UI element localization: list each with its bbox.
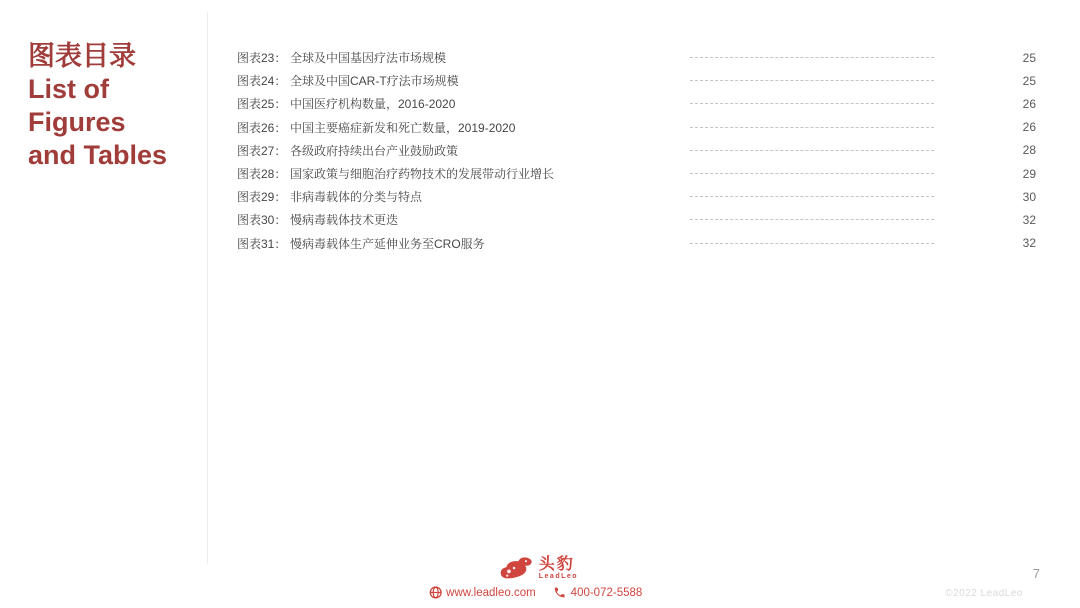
figure-title: 全球及中国基因疗法市场规模 <box>290 49 688 66</box>
figure-page-number: 25 <box>938 74 1037 88</box>
figure-page-number: 25 <box>938 51 1037 65</box>
copyright-text: ©2022 LeadLeo <box>945 588 1023 599</box>
dotted-leader <box>690 150 934 151</box>
page-title-en-3: and Tables <box>28 139 198 172</box>
figure-label: 图表29： <box>237 188 290 205</box>
figure-label: 图表27： <box>237 142 290 159</box>
figure-label: 图表26： <box>237 119 290 136</box>
figure-title: 国家政策与细胞治疗药物技术的发展带动行业增长 <box>290 165 688 182</box>
figure-page-number: 26 <box>938 97 1037 111</box>
dotted-leader <box>690 243 934 244</box>
toc-row[interactable]: 图表24： 全球及中国CAR-T疗法市场规模 25 <box>237 69 1037 92</box>
dotted-leader <box>690 57 934 58</box>
figure-label: 图表23： <box>237 49 290 66</box>
website-link[interactable]: www.leadleo.com <box>429 586 535 599</box>
figure-page-number: 29 <box>938 167 1037 181</box>
figure-label: 图表28： <box>237 165 290 182</box>
page-number: 7 <box>1033 566 1040 581</box>
column-divider <box>207 12 208 564</box>
figure-title: 慢病毒载体生产延伸业务至CRO服务 <box>290 235 688 252</box>
brand-name-zh: 头豹 <box>539 556 575 573</box>
globe-icon <box>429 586 442 599</box>
figure-title: 各级政府持续出台产业鼓励政策 <box>290 142 688 159</box>
figure-page-number: 32 <box>938 236 1037 250</box>
dotted-leader <box>690 219 934 220</box>
figure-title: 全球及中国CAR-T疗法市场规模 <box>290 72 688 89</box>
page-title-zh: 图表目录 <box>28 40 198 73</box>
toc-row[interactable]: 图表29： 非病毒载体的分类与特点 30 <box>237 185 1037 208</box>
website-text: www.leadleo.com <box>446 587 535 599</box>
page-title-en-1: List of <box>28 73 198 106</box>
footer-contact: www.leadleo.com 400-072-5588 <box>429 586 642 599</box>
figure-title: 中国主要癌症新发和死亡数量，2019-2020 <box>290 119 688 136</box>
page-title-en-2: Figures <box>28 106 198 139</box>
dotted-leader <box>690 103 934 104</box>
toc-row[interactable]: 图表23： 全球及中国基因疗法市场规模 25 <box>237 46 1037 69</box>
phone-text: 400-072-5588 <box>571 587 643 599</box>
toc-row[interactable]: 图表28： 国家政策与细胞治疗药物技术的发展带动行业增长 29 <box>237 162 1037 185</box>
figure-page-number: 32 <box>938 213 1037 227</box>
dotted-leader <box>690 127 934 128</box>
toc-row[interactable]: 图表30： 慢病毒载体技术更迭 32 <box>237 208 1037 231</box>
figure-label: 图表24： <box>237 72 290 89</box>
figure-title: 中国医疗机构数量，2016-2020 <box>290 95 688 112</box>
toc-row[interactable]: 图表31： 慢病毒载体生产延伸业务至CRO服务 32 <box>237 232 1037 255</box>
figure-page-number: 30 <box>938 190 1037 204</box>
figure-label: 图表31： <box>237 235 290 252</box>
toc-row[interactable]: 图表26： 中国主要癌症新发和死亡数量，2019-2020 26 <box>237 116 1037 139</box>
phone-icon <box>554 586 567 599</box>
figure-title: 非病毒载体的分类与特点 <box>290 188 688 205</box>
figure-label: 图表30： <box>237 211 290 228</box>
figure-page-number: 26 <box>938 120 1037 134</box>
toc-row[interactable]: 图表25： 中国医疗机构数量，2016-2020 26 <box>237 92 1037 115</box>
phone-link[interactable]: 400-072-5588 <box>554 586 643 599</box>
dotted-leader <box>690 196 934 197</box>
brand-name-en: LeadLeo <box>539 573 578 581</box>
figure-title: 慢病毒载体技术更迭 <box>290 211 688 228</box>
figure-label: 图表25： <box>237 95 290 112</box>
brand-logo: 头豹 LeadLeo <box>499 554 578 582</box>
dotted-leader <box>690 80 934 81</box>
figure-page-number: 28 <box>938 143 1037 157</box>
leopard-logo-icon <box>499 554 533 582</box>
toc-row[interactable]: 图表27： 各级政府持续出台产业鼓励政策 28 <box>237 139 1037 162</box>
figures-toc-list: 图表23： 全球及中国基因疗法市场规模 25 图表24： 全球及中国CAR-T疗… <box>237 46 1037 255</box>
dotted-leader <box>690 173 934 174</box>
page-title: 图表目录 List of Figures and Tables <box>28 40 198 172</box>
